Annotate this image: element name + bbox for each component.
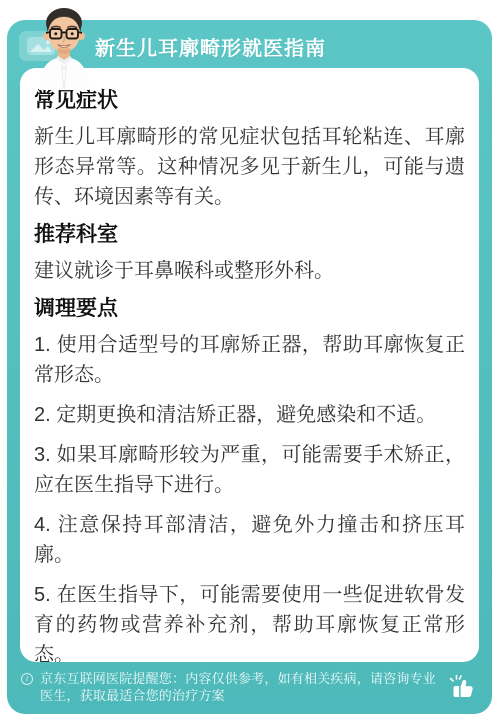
doctor-avatar [31,2,97,90]
section-heading-symptoms: 常见症状 [34,88,465,114]
info-icon: i [21,673,33,685]
disclaimer-footer: i 京东互联网医院提醒您：内容仅供参考，如有相关疾病，请咨询专业医生，获取最适合… [7,662,492,714]
thumbs-up-button[interactable] [448,672,478,702]
guide-header: 新生儿耳廓畸形就医指南 [7,20,492,68]
section-heading-department: 推荐科室 [34,222,465,248]
guide-panel: 新生儿耳廓畸形就医指南 常见症状 新生儿耳廓畸形的常见症状包括耳轮粘连、耳廓形态… [7,20,492,714]
content-card: 常见症状 新生儿耳廓畸形的常见症状包括耳轮粘连、耳廓形态异常等。这种情况多见于新… [20,68,479,662]
thumbs-up-icon [448,672,478,702]
department-paragraph: 建议就诊于耳鼻喉科或整形外科。 [34,256,465,286]
care-point-1: 1. 使用合适型号的耳廓矫正器，帮助耳廓恢复正常形态。 [34,330,465,390]
disclaimer-text: 京东互联网医院提醒您：内容仅供参考，如有相关疾病，请咨询专业医生，获取最适合您的… [40,670,442,704]
care-point-5: 5. 在医生指导下，可能需要使用一些促进软骨发育的药物或营养补充剂，帮助耳廓恢复… [34,580,465,662]
section-heading-care: 调理要点 [34,296,465,322]
care-point-2: 2. 定期更换和清洁矫正器，避免感染和不适。 [34,400,465,430]
care-point-3: 3. 如果耳廓畸形较为严重，可能需要手术矫正，应在医生指导下进行。 [34,440,465,500]
care-point-4: 4. 注意保持耳部清洁，避免外力撞击和挤压耳廓。 [34,510,465,570]
page-title: 新生儿耳廓畸形就医指南 [95,32,326,61]
symptoms-paragraph: 新生儿耳廓畸形的常见症状包括耳轮粘连、耳廓形态异常等。这种情况多见于新生儿，可能… [34,122,465,212]
